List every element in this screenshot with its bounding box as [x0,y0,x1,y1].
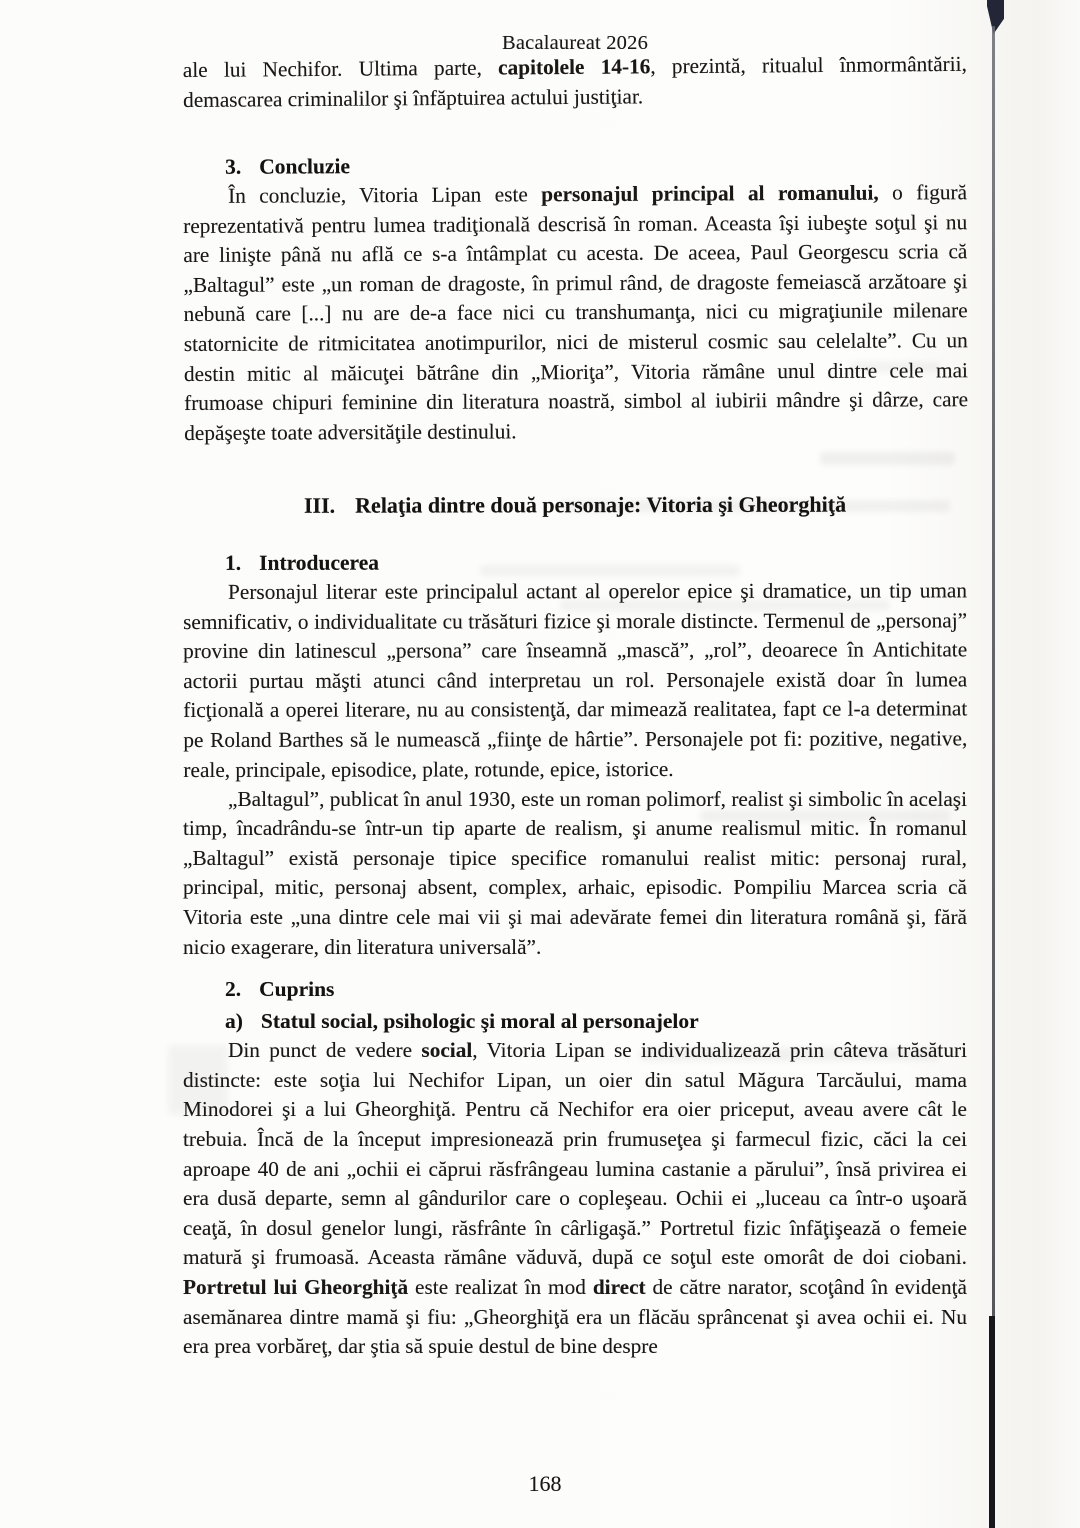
heading-relatia-personaje: III.Relaţia dintre două personaje: Vitor… [183,489,967,521]
text-column: Bacalaureat 2026 ale lui Nechifor. Ultim… [183,0,967,1362]
scan-edge-shadow [989,1316,995,1528]
heading-title: Introducerea [259,550,379,574]
document-page: Bacalaureat 2026 ale lui Nechifor. Ultim… [0,0,1080,1528]
heading-title: Concluzie [259,154,350,178]
heading-number: III. [304,490,335,520]
heading-introducerea: 1.Introducerea [183,546,967,578]
scan-edge-line [992,26,995,1318]
scan-corner-artifact [987,0,1004,34]
heading-title: Cuprins [259,977,334,1001]
heading-concluzie: 3.Concluzie [183,148,967,182]
heading-title: Statul social, psihologic şi moral al pe… [261,1009,699,1033]
running-header: Bacalaureat 2026 [183,0,967,56]
page-number: 168 [150,1471,940,1497]
heading-statut-social: a)Statul social, psihologic şi moral al … [183,1006,967,1036]
paragraph-concluzie: În concluzie, Vitoria Lipan este persona… [183,178,968,448]
paragraph-baltagul: „Baltagul”, publicat în anul 1930, este … [183,785,967,963]
heading-number: 1. [225,547,241,577]
heading-number: a) [225,1006,243,1036]
paragraph-chapter-continuation: ale lui Nechifor. Ultima parte, capitole… [183,50,967,115]
paragraph-introducerea: Personajul literar este principalul acta… [183,576,967,785]
heading-cuprins: 2.Cuprins [183,974,967,1004]
heading-number: 3. [225,152,241,182]
paragraph-statut-social: Din punct de vedere social, Vitoria Lipa… [183,1036,967,1362]
heading-title: Relaţia dintre două personaje: Vitoria ş… [355,491,846,517]
heading-number: 2. [225,974,241,1004]
